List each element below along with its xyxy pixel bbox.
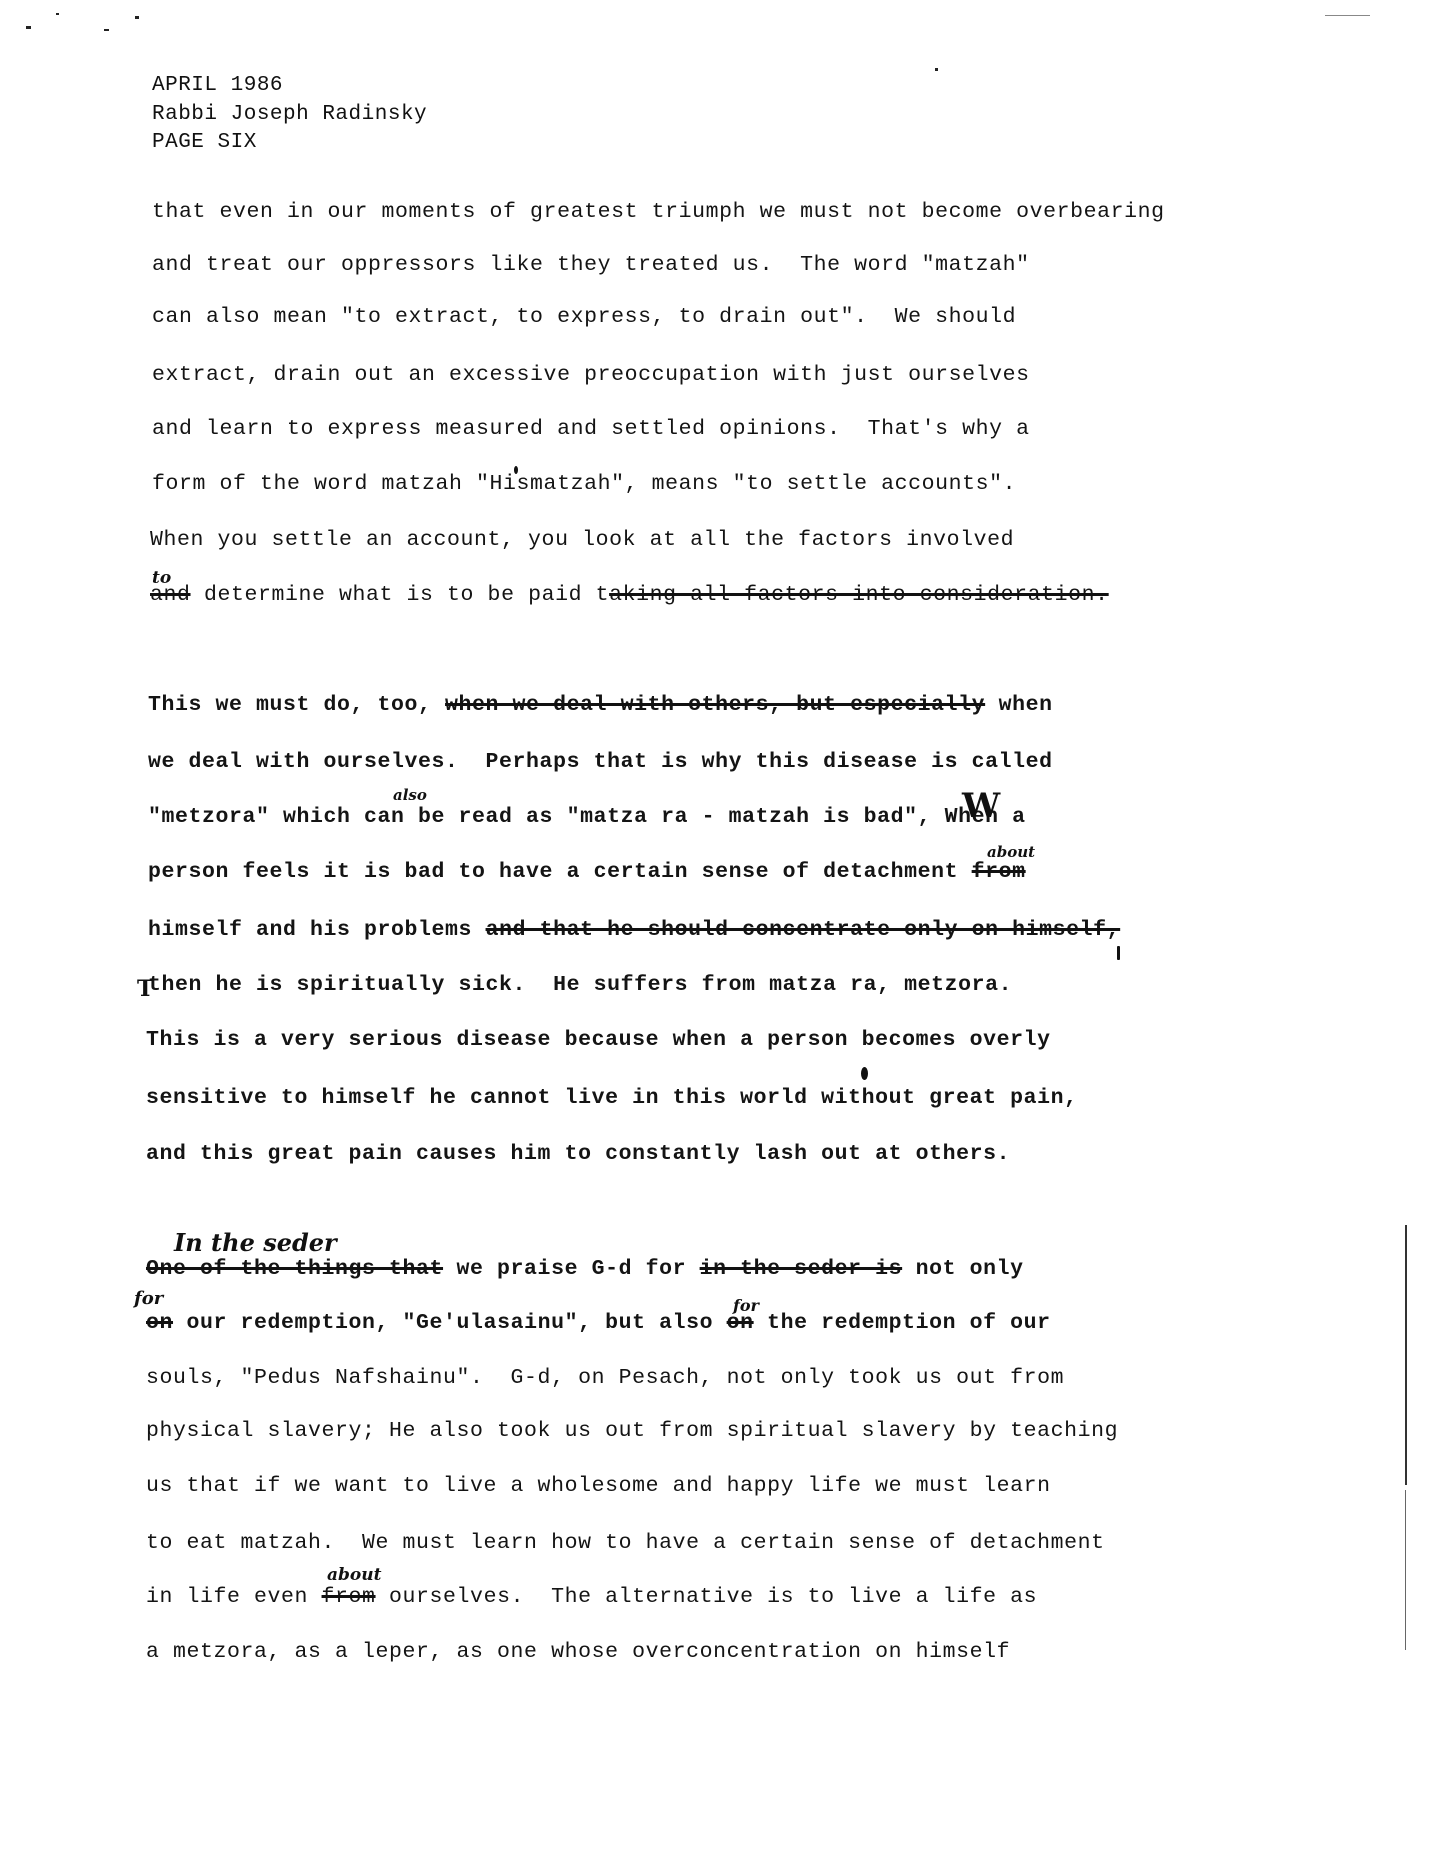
- text-segment: a metzora, as a leper, as one whose over…: [146, 1640, 1010, 1664]
- handwritten-capital-w: W: [962, 786, 1000, 826]
- handwritten-insert-for-1: for: [134, 1288, 163, 1309]
- text-segment: can also mean "to extract, to express, t…: [152, 305, 1016, 329]
- handwritten-insert-for-2: for: [733, 1296, 759, 1315]
- text-line: and treat our oppressors like they treat…: [152, 253, 1030, 277]
- struck-text: from: [322, 1585, 376, 1609]
- ink-mark: [861, 1067, 868, 1080]
- page-edge-shadow: [1405, 1225, 1407, 1485]
- text-line: sensitive to himself he cannot live in t…: [146, 1086, 1078, 1110]
- text-segment: not only: [902, 1257, 1024, 1281]
- text-segment: form of the word matzah "Hismatzah", mea…: [152, 472, 1016, 496]
- text-line: can also mean "to extract, to express, t…: [152, 305, 1016, 329]
- text-segment: we deal with ourselves. Perhaps that is …: [148, 750, 1053, 774]
- text-line: on our redemption, "Ge'ulasainu", but al…: [146, 1311, 1051, 1335]
- text-segment: the redemption of our: [754, 1311, 1051, 1335]
- text-segment: This we must do, too,: [148, 693, 445, 717]
- ink-mark: [1117, 946, 1120, 960]
- text-segment: determine what is to be paid t: [191, 583, 610, 607]
- text-segment: extract, drain out an excessive preoccup…: [152, 363, 1030, 387]
- text-line: extract, drain out an excessive preoccup…: [152, 363, 1030, 387]
- text-segment: when: [985, 693, 1053, 717]
- text-segment: When you settle an account, you look at …: [150, 528, 1014, 552]
- struck-text: from: [972, 860, 1026, 884]
- text-segment: then he is spiritually sick. He suffers …: [148, 973, 1012, 997]
- handwritten-insert-about-2: about: [327, 1565, 381, 1585]
- text-line: When you settle an account, you look at …: [150, 528, 1014, 552]
- header-date: APRIL 1986: [152, 74, 283, 97]
- text-segment: person feels it is bad to have a certain…: [148, 860, 972, 884]
- ink-speck: [104, 29, 109, 31]
- text-segment: to eat matzah. We must learn how to have…: [146, 1531, 1105, 1555]
- ink-speck: [1325, 15, 1370, 16]
- struck-text: aking all factors into consideration.: [609, 583, 1109, 607]
- text-segment: "metzora" which can be read as "matza ra…: [148, 805, 1026, 829]
- text-line: "metzora" which can be read as "matza ra…: [148, 805, 1026, 829]
- struck-text: in the seder is: [700, 1257, 903, 1281]
- ink-speck: [135, 16, 139, 19]
- struck-text: on: [146, 1311, 173, 1335]
- text-line: and this great pain causes him to consta…: [146, 1142, 1010, 1166]
- text-segment: us that if we want to live a wholesome a…: [146, 1474, 1051, 1498]
- text-segment: and this great pain causes him to consta…: [146, 1142, 1010, 1166]
- handwritten-insert-in-the-seder: In the seder: [174, 1228, 337, 1257]
- header-author: Rabbi Joseph Radinsky: [152, 103, 427, 126]
- text-line: person feels it is bad to have a certain…: [148, 860, 1026, 884]
- text-line: and determine what is to be paid taking …: [150, 583, 1109, 607]
- text-segment: and treat our oppressors like they treat…: [152, 253, 1030, 277]
- ink-speck: [56, 13, 59, 15]
- text-segment: and learn to express measured and settle…: [152, 417, 1030, 441]
- struck-text: and that he should concentrate only on h…: [486, 918, 1121, 942]
- text-line: a metzora, as a leper, as one whose over…: [146, 1640, 1010, 1664]
- text-line: This is a very serious disease because w…: [146, 1028, 1051, 1052]
- text-segment: This is a very serious disease because w…: [146, 1028, 1051, 1052]
- page-edge-shadow: [1405, 1490, 1406, 1650]
- text-segment: we praise G-d for: [443, 1257, 700, 1281]
- text-line: This we must do, too, when we deal with …: [148, 693, 1053, 717]
- text-line: that even in our moments of greatest tri…: [152, 200, 1165, 224]
- text-segment: ourselves. The alternative is to live a …: [376, 1585, 1038, 1609]
- text-segment: souls, "Pedus Nafshainu". G-d, on Pesach…: [146, 1366, 1064, 1390]
- text-line: then he is spiritually sick. He suffers …: [148, 973, 1012, 997]
- text-line: and learn to express measured and settle…: [152, 417, 1030, 441]
- text-line: form of the word matzah "Hismatzah", mea…: [152, 472, 1016, 496]
- text-segment: that even in our moments of greatest tri…: [152, 200, 1165, 224]
- text-line: One of the things that we praise G-d for…: [146, 1257, 1024, 1281]
- text-line: us that if we want to live a wholesome a…: [146, 1474, 1051, 1498]
- text-line: we deal with ourselves. Perhaps that is …: [148, 750, 1053, 774]
- header-page-number: PAGE SIX: [152, 131, 257, 154]
- text-segment: in life even: [146, 1585, 322, 1609]
- text-line: physical slavery; He also took us out fr…: [146, 1419, 1118, 1443]
- ink-speck: [26, 26, 31, 29]
- text-segment: our redemption, "Ge'ulasainu", but also: [173, 1311, 727, 1335]
- handwritten-capital-t: T: [137, 976, 153, 1002]
- handwritten-insert-also: also: [393, 786, 427, 804]
- text-segment: sensitive to himself he cannot live in t…: [146, 1086, 1078, 1110]
- text-line: himself and his problems and that he sho…: [148, 918, 1120, 942]
- handwritten-insert-to: to: [152, 568, 171, 588]
- struck-text: One of the things that: [146, 1257, 443, 1281]
- scanned-document-page: APRIL 1986 Rabbi Joseph Radinsky PAGE SI…: [0, 0, 1430, 1851]
- text-segment: himself and his problems: [148, 918, 486, 942]
- text-line: in life even from ourselves. The alterna…: [146, 1585, 1037, 1609]
- ink-speck: [935, 68, 938, 71]
- text-line: to eat matzah. We must learn how to have…: [146, 1531, 1105, 1555]
- text-line: souls, "Pedus Nafshainu". G-d, on Pesach…: [146, 1366, 1064, 1390]
- ink-mark: [514, 466, 518, 474]
- handwritten-insert-about: about: [987, 843, 1035, 861]
- struck-text: when we deal with others, but especially: [445, 693, 985, 717]
- text-segment: physical slavery; He also took us out fr…: [146, 1419, 1118, 1443]
